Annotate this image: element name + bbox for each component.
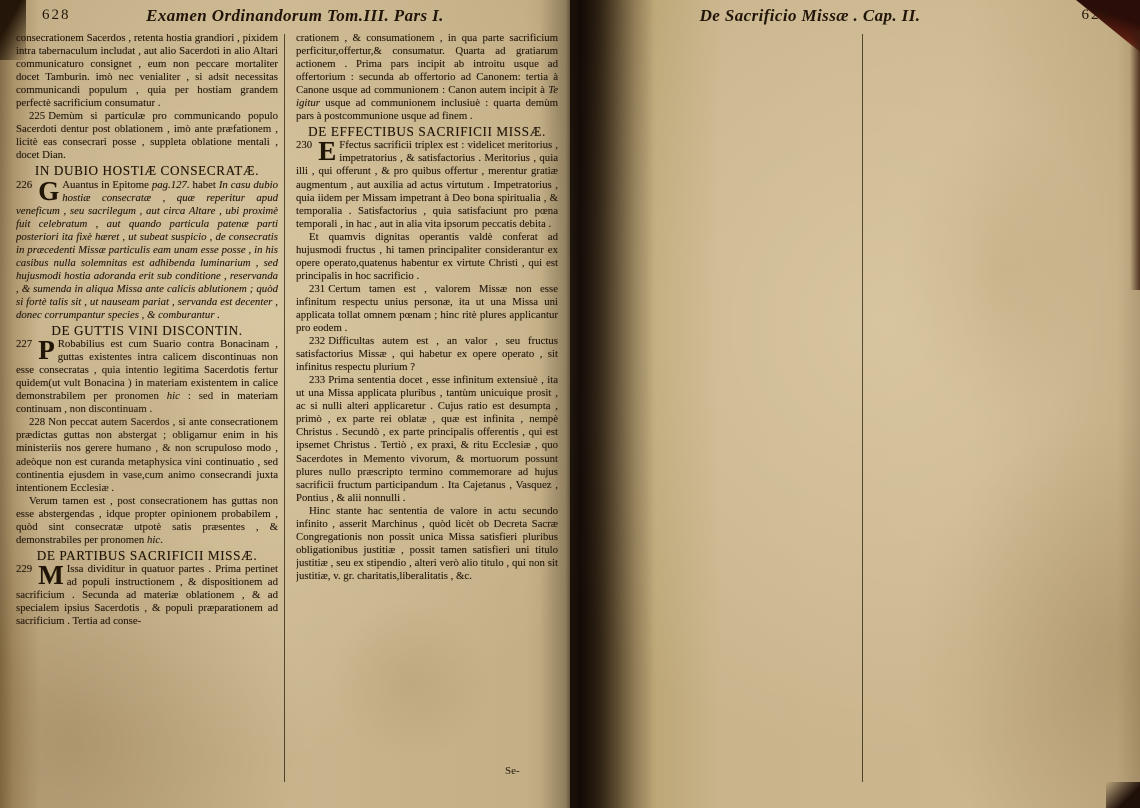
page-right: De Sacrificio Missæ . Cap. II. 629 234Se… (570, 0, 1140, 808)
paragraph: consecrationem Sacerdos , retenta hostia… (16, 32, 278, 110)
paragraph-number: 228 (29, 416, 45, 428)
column-divider-rule (284, 34, 285, 782)
italic-text: pag.127. (152, 179, 190, 191)
italic-text: hic (167, 390, 180, 402)
paragraph: 233Prima sententia docet , esse infinitu… (296, 374, 558, 504)
body-text: Demùm si particulæ pro communicando popu… (16, 110, 278, 161)
body-text: crationem , & consumationem , in qua par… (296, 32, 558, 96)
drop-cap: P (37, 338, 58, 362)
right-page-header: De Sacrificio Missæ . Cap. II. 629 (570, 6, 1140, 32)
body-text: consecrationem Sacerdos , retenta hostia… (16, 32, 278, 109)
body-text: Non peccat autem Sacerdos , si ante cons… (16, 416, 278, 493)
page-edge-shadow (1130, 30, 1140, 290)
body-text: Difficultas autem est , an valor , seu f… (296, 335, 558, 373)
drop-cap: M (37, 563, 66, 587)
paragraph: crationem , & consumationem , in qua par… (296, 32, 558, 123)
page-number-right: 629 (1082, 7, 1111, 24)
paragraph-number: 233 (309, 374, 325, 386)
running-title-right: De Sacrificio Missæ . Cap. II. (570, 6, 1050, 26)
paragraph: Verum tamen est , post consecrationem ha… (16, 495, 278, 547)
paragraph: 231Certum tamen est , valorem Missæ non … (296, 283, 558, 335)
section-heading: DE EFFECTIBUS SACRIFICII MISSÆ. (296, 125, 558, 138)
section-heading: DE GUTTIS VINI DISCONTIN. (16, 324, 278, 337)
paragraph-number: 229 (16, 563, 32, 576)
body-text: Auantus in Epitome (62, 179, 152, 191)
drop-cap: G (37, 179, 62, 203)
body-text: Hinc stante hac sententia de valore in a… (296, 505, 558, 582)
paragraph: Et quamvis dignitas operantis valdè conf… (296, 231, 558, 283)
paragraph-number: 226 (16, 179, 32, 192)
body-text: Certum tamen est , valorem Missæ non ess… (296, 283, 558, 334)
body-text: Prima sententia docet , esse infinitum e… (296, 374, 558, 503)
paragraph-number: 232 (309, 335, 325, 347)
paragraph: 225Demùm si particulæ pro communicando p… (16, 110, 278, 162)
section-heading: DE PARTIBUS SACRIFICII MISSÆ. (16, 549, 278, 562)
catchword: Se- (505, 765, 520, 777)
paragraph: 226GAuantus in Epitome pag.127. habet In… (16, 179, 278, 323)
paragraph: 232Difficultas autem est , an valor , se… (296, 335, 558, 374)
book-spread: 628 Examen Ordinandorum Tom.III. Pars I.… (0, 0, 1140, 808)
paragraph-number: 230 (296, 139, 312, 152)
text-column: crationem , & consumationem , in qua par… (296, 32, 558, 784)
text-column: consecrationem Sacerdos , retenta hostia… (16, 32, 278, 784)
paragraph: 229MIssa dividitur in quatuor partes . P… (16, 563, 278, 628)
page-left: 628 Examen Ordinandorum Tom.III. Pars I.… (0, 0, 570, 808)
paragraph: 228Non peccat autem Sacerdos , si ante c… (16, 416, 278, 494)
drop-cap: E (317, 139, 339, 163)
running-title-left: Examen Ordinandorum Tom.III. Pars I. (30, 6, 560, 26)
paragraph: Hinc stante hac sententia de valore in a… (296, 505, 558, 583)
body-text: . (160, 534, 163, 546)
paragraph: 227PRobabilius est cum Suario contra Bon… (16, 338, 278, 416)
paragraph-number: 225 (29, 110, 45, 122)
column-divider-rule (862, 34, 863, 782)
body-text: Et quamvis dignitas operantis valdè conf… (296, 231, 558, 282)
paragraph-number: 231 (309, 283, 325, 295)
body-text: usque ad communionem inclusiuè : quarta … (296, 97, 558, 122)
page-corner-shadow (1106, 782, 1140, 808)
paragraph: 230EFfectus sacrificii triplex est : vid… (296, 139, 558, 230)
section-heading: IN DUBIO HOSTIÆ CONSECRATÆ. (16, 164, 278, 177)
italic-text: hic (147, 534, 160, 546)
paragraph-number: 227 (16, 338, 32, 351)
left-page-header: 628 Examen Ordinandorum Tom.III. Pars I. (0, 6, 570, 32)
body-text: habet (190, 179, 219, 191)
